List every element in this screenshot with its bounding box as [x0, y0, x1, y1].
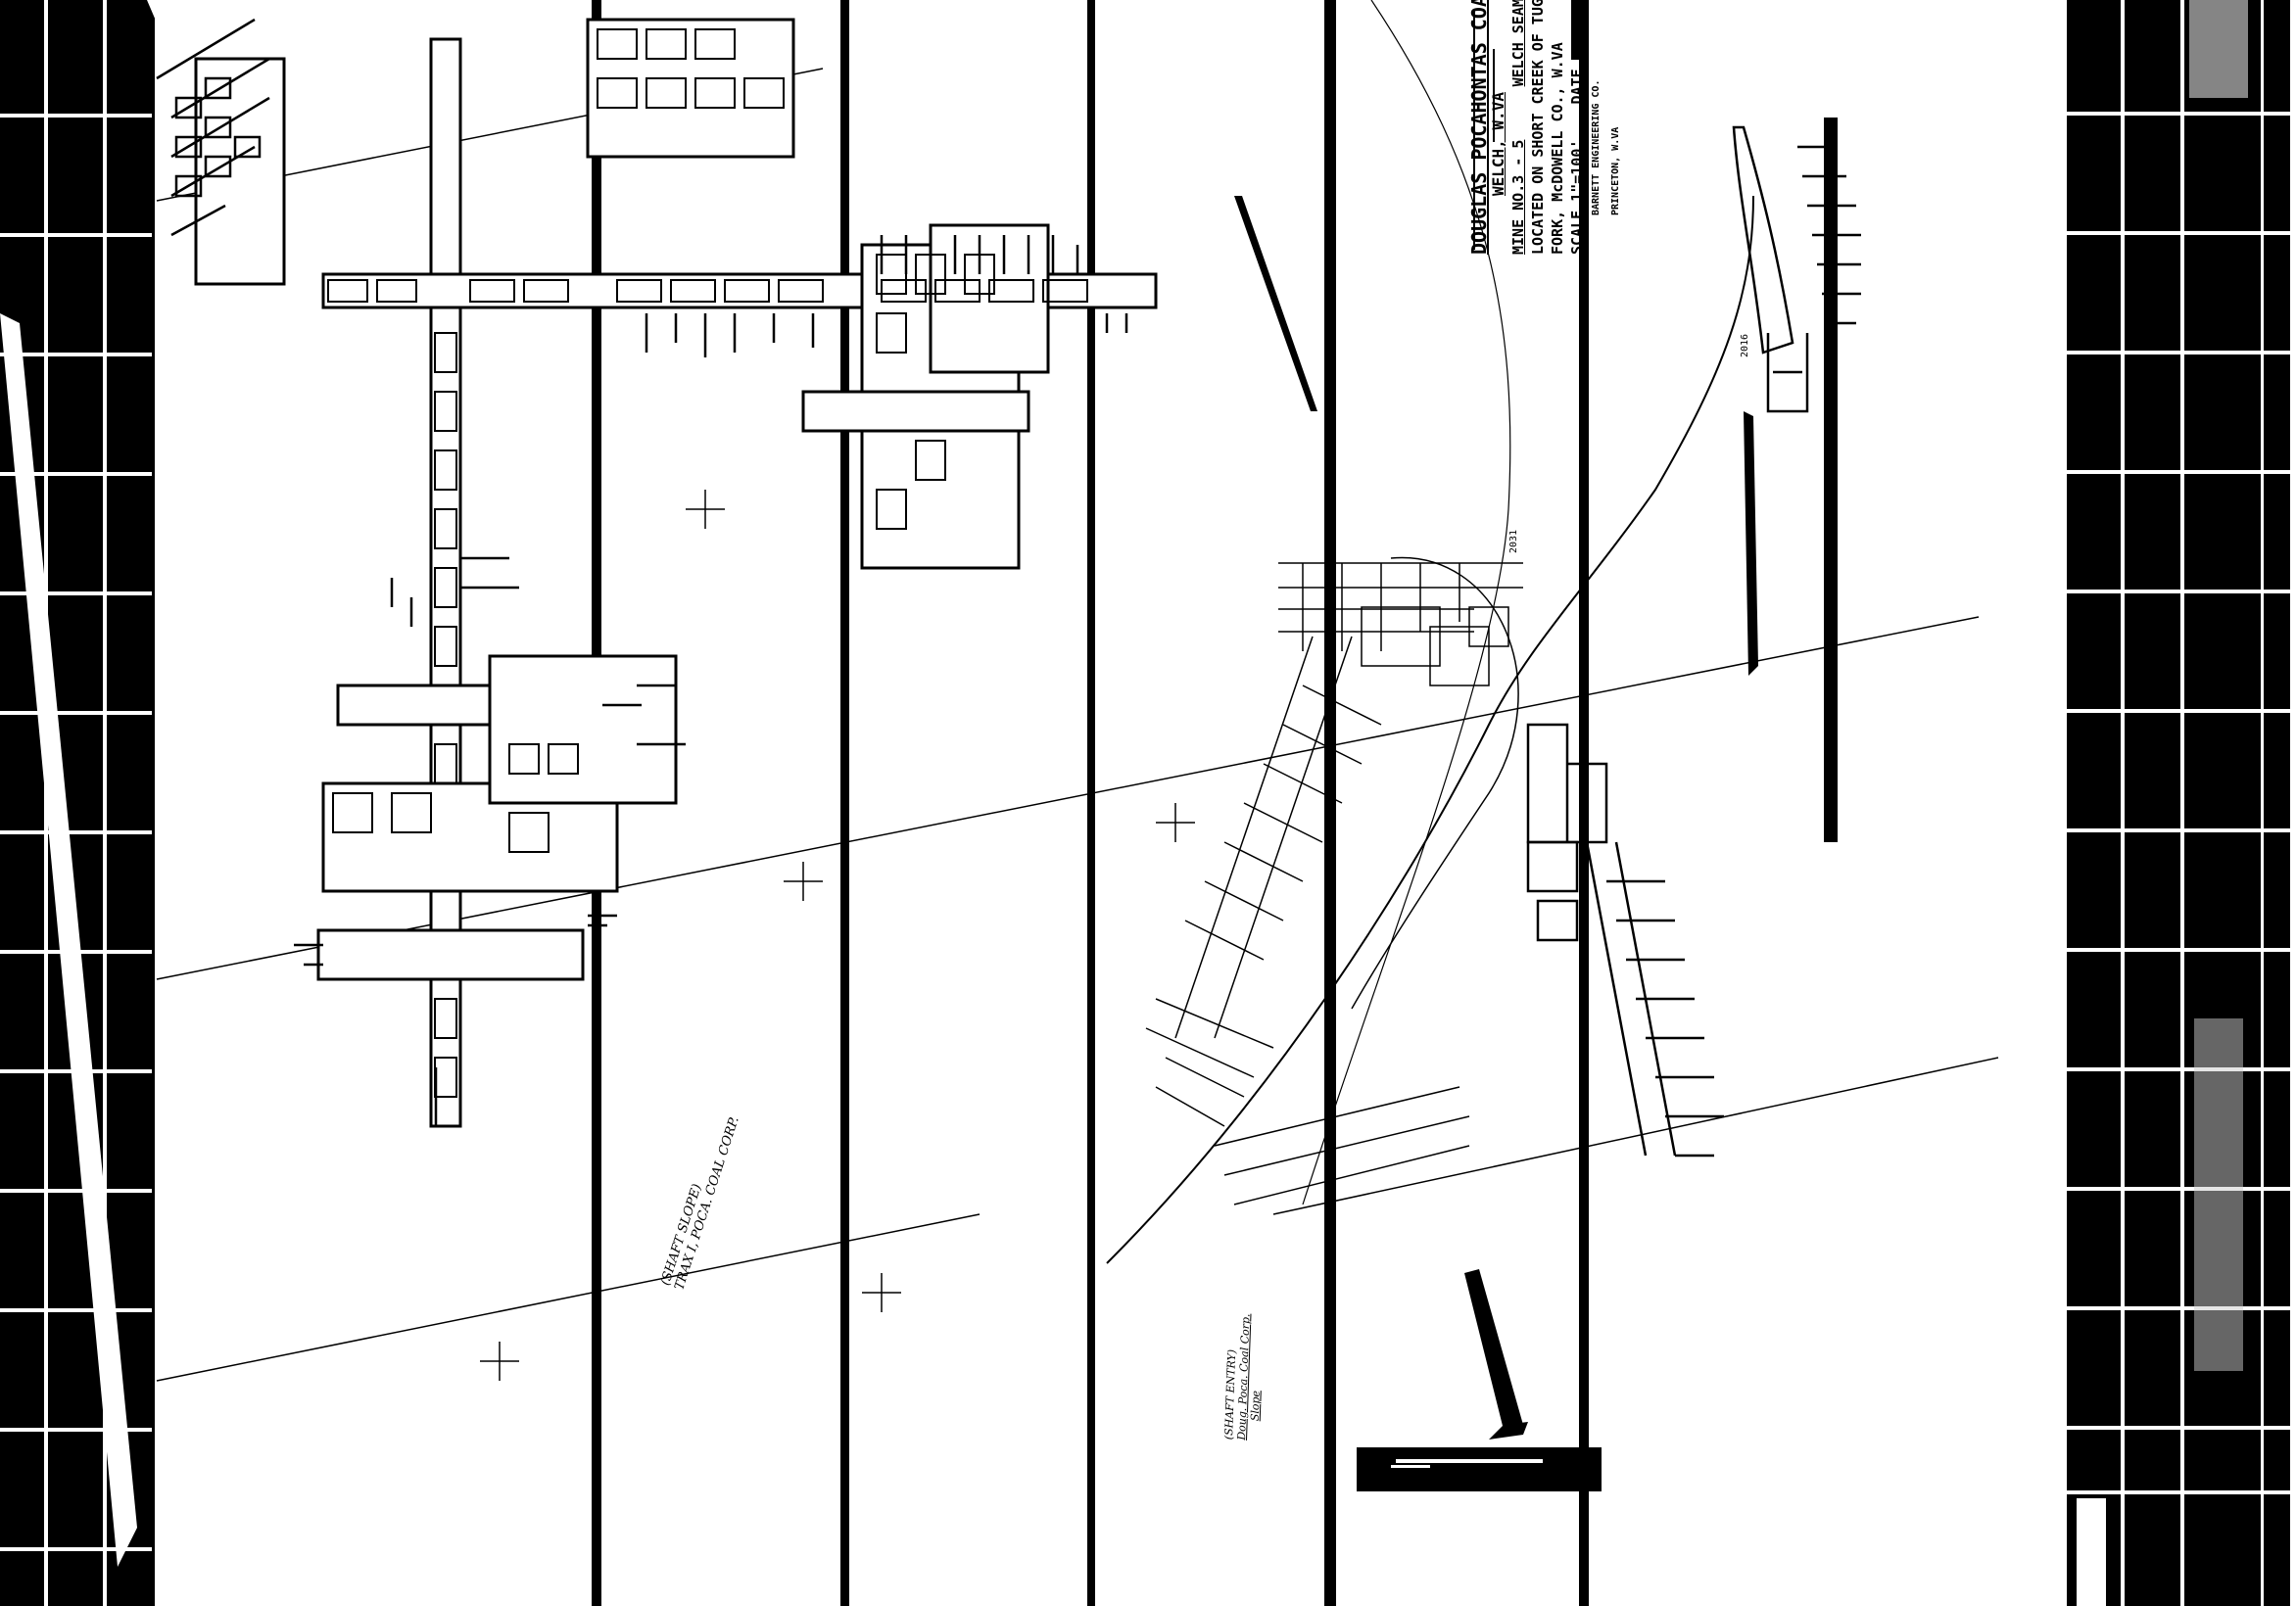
mine-seam-line: MINE NO.3 - 5 WELCH SEAM — [1508, 0, 1528, 255]
title-block: DOUGLAS POCAHONTAS COAL CORP. WELCH, W.V… — [1469, 0, 1626, 255]
right-border — [2067, 0, 2296, 1606]
date-redacted-box — [1571, 0, 1585, 60]
date-label: DATE — [1568, 69, 1586, 104]
shaft-entry-annotation: (SHAFT ENTRY) Doug. Poca. Coal Corp. Slo… — [1222, 1313, 1265, 1441]
fold-lines — [592, 0, 1838, 1606]
elevation-label-2: 2031 — [1508, 530, 1519, 553]
scale-date-line: SCALE 1"=100' DATE — [1567, 0, 1587, 255]
seam-name: WELCH SEAM — [1509, 0, 1527, 86]
mine-map — [0, 0, 2296, 1606]
mine-workings-right — [1528, 127, 1861, 1156]
company-city: WELCH, W.VA — [1489, 0, 1508, 255]
mine-workings-left — [196, 20, 1156, 1126]
scale-bar — [1357, 1447, 1602, 1491]
engineer-name: BARNETT ENGINEERING CO. — [1587, 0, 1606, 255]
scale-label: SCALE 1"=100' — [1568, 140, 1586, 255]
company-name: DOUGLAS POCAHONTAS COAL CORP. — [1469, 0, 1489, 255]
mine-number: MINE NO.3 - 5 — [1509, 140, 1527, 255]
location-line-2: FORK, McDOWELL CO., W.VA — [1548, 0, 1567, 255]
misc-marks — [1234, 196, 1758, 1440]
left-border — [0, 0, 211, 1606]
engineer-city: PRINCETON, W.VA — [1606, 0, 1626, 255]
location-line-1: LOCATED ON SHORT CREEK OF TUG — [1528, 0, 1548, 255]
elevation-label-1: 2016 — [1740, 334, 1750, 357]
